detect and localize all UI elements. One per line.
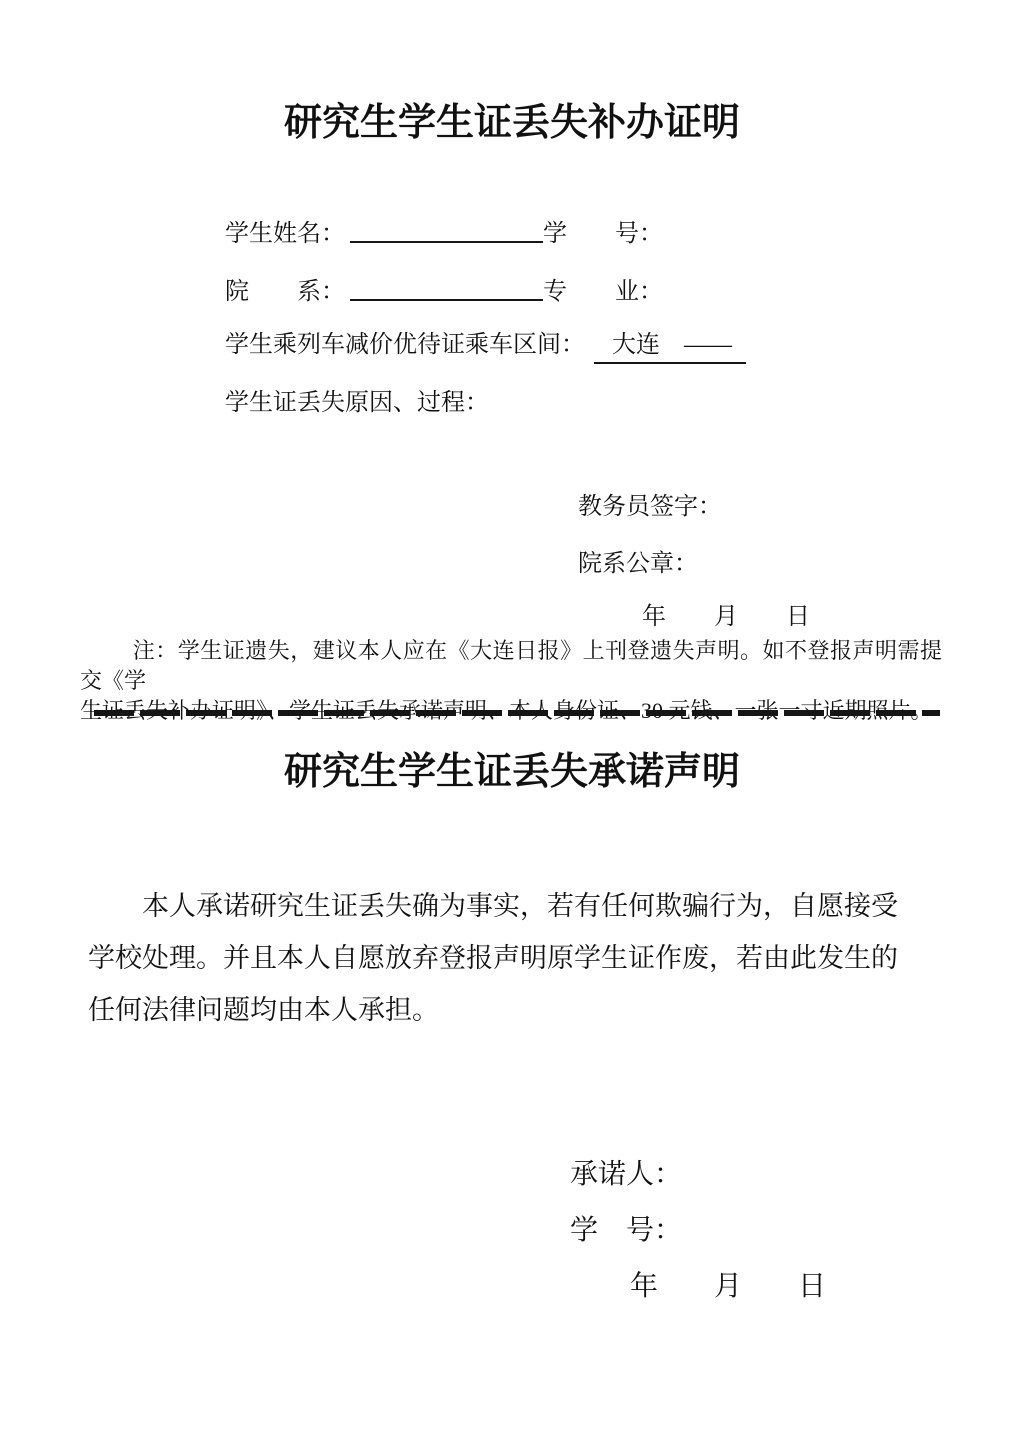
train-route-label: 学生乘列车减价优待证乘车区间： bbox=[225, 332, 585, 358]
statement-body-line2: 学校处理。并且本人自愿放弃登报声明原学生证作废，若由此发生的 bbox=[88, 932, 948, 984]
certificate-title: 研究生学生证丢失补办证明 bbox=[0, 101, 1024, 145]
student-name-label: 学生姓名： bbox=[225, 221, 345, 247]
major-label: 专 业： bbox=[543, 279, 663, 305]
statement-title: 研究生学生证丢失承诺声明 bbox=[0, 750, 1024, 794]
officer-signature-label: 教务员签字： bbox=[578, 492, 722, 522]
promiser-student-no-label: 学 号： bbox=[570, 1214, 682, 1248]
student-name-blank bbox=[350, 217, 543, 243]
statement-date-label: 年 月 日 bbox=[630, 1270, 826, 1304]
student-no-label: 学 号： bbox=[543, 221, 663, 247]
dept-seal-label: 院系公章： bbox=[578, 549, 698, 579]
certificate-date-label: 年 月 日 bbox=[642, 602, 810, 632]
statement-body: 本人承诺研究生证丢失确为事实，若有任何欺骗行为，自愿接受 学校处理。并且本人自愿… bbox=[88, 880, 948, 1036]
document-page: 研究生学生证丢失补办证明 学生姓名：学 号： 院 系：专 业： 学生乘列车减价优… bbox=[0, 0, 1024, 1448]
loss-reason-label: 学生证丢失原因、过程： bbox=[225, 390, 489, 416]
statement-body-line3: 任何法律问题均由本人承担。 bbox=[88, 984, 948, 1036]
train-route-value: 大连 —— bbox=[594, 330, 746, 364]
department-blank bbox=[350, 275, 543, 301]
statement-body-line1: 本人承诺研究生证丢失确为事实，若有任何欺骗行为，自愿接受 bbox=[88, 880, 948, 932]
promiser-label: 承诺人： bbox=[570, 1158, 682, 1192]
section-divider bbox=[94, 710, 940, 716]
certificate-note-line1: 注：学生证遗失，建议本人应在《大连日报》上刊登遗失声明。如不登报声明需提交《学 bbox=[80, 636, 942, 696]
row-department: 院 系：专 业： bbox=[225, 275, 663, 307]
row-train-route: 学生乘列车减价优待证乘车区间：大连 —— bbox=[225, 330, 746, 364]
department-label: 院 系： bbox=[225, 279, 345, 305]
row-loss-reason: 学生证丢失原因、过程： bbox=[225, 388, 489, 418]
row-student-name: 学生姓名：学 号： bbox=[225, 217, 663, 249]
